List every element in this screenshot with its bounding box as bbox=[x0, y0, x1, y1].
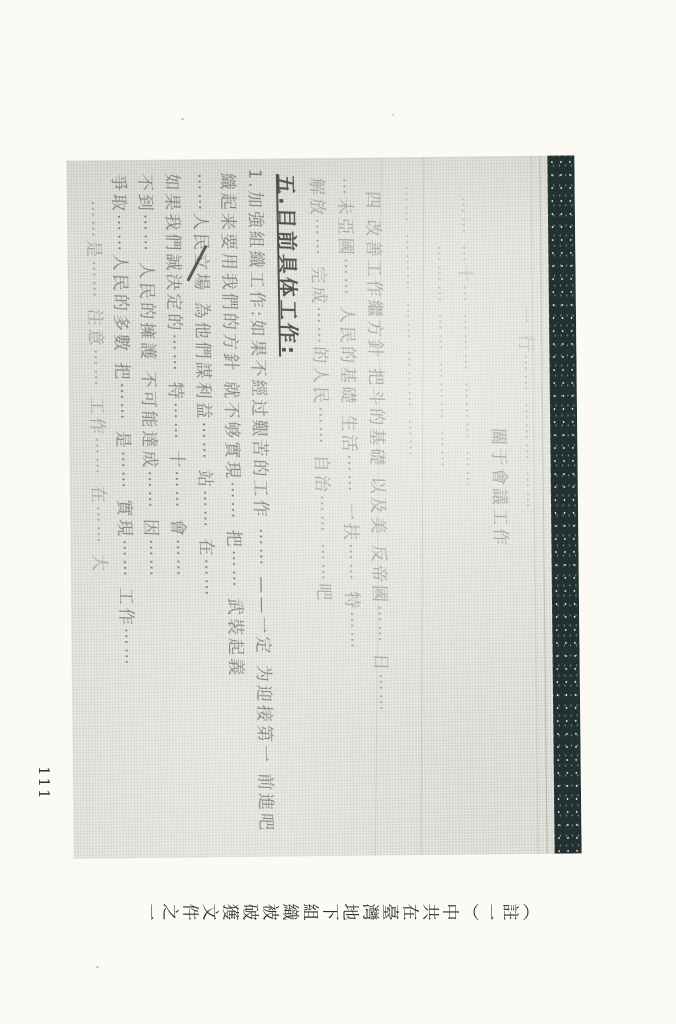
book-page: 111 一 行⋯⋯ ⋯⋯⋯ ⋯⋯關于會議工作⋯⋯ ⋯十⋯ ⋯⋯⋯ ⋯⋯⋯ ⋯⋯⋯… bbox=[0, 0, 676, 1024]
document-line: 一 行⋯⋯ ⋯⋯⋯ ⋯⋯ bbox=[514, 305, 543, 511]
document-line: 如果我們誠決定的⋯⋯ 特⋯⋯ 十⋯⋯ 會⋯⋯ bbox=[161, 173, 193, 579]
document-line: ⋯⋯⋯ ⋯⋯ ⋯⋯⋯ ⋯⋯ bbox=[428, 244, 452, 470]
document-line: ⋯⋯人民立場 為他們謀利益⋯⋯ 站⋯⋯ 在⋯⋯ bbox=[189, 173, 221, 599]
document-line: 解放⋯⋯ 完成⋯⋯的人民⋯⋯ 自治⋯⋯ ⋯⋯吧 bbox=[306, 178, 338, 604]
handwritten-document: 一 行⋯⋯ ⋯⋯⋯ ⋯⋯關于會議工作⋯⋯ ⋯十⋯ ⋯⋯⋯ ⋯⋯⋯ ⋯⋯⋯⋯⋯ ⋯… bbox=[66, 155, 581, 858]
paper-speck bbox=[392, 114, 394, 116]
paper-speck bbox=[96, 966, 99, 968]
page-number: 111 bbox=[33, 766, 53, 800]
document-line: ⋯⋯ ⋯⋯⋯ ⋯⋯ ⋯⋯⋯ ⋯⋯ bbox=[396, 185, 421, 459]
document-line: 關于會議工作 bbox=[488, 428, 515, 549]
document-line: ⋯⋯ ⋯十⋯ ⋯⋯⋯ ⋯⋯⋯ ⋯⋯ bbox=[453, 196, 483, 491]
document-line: 五.目前具体工作: bbox=[273, 174, 305, 358]
photo-caption: （註一）中共在臺灣地下組織被破獲文件之一 bbox=[128, 896, 540, 923]
document-line: 四 改善工作繼方針 把斗的基礎 以及美 反帝國⋯⋯ 日⋯⋯ bbox=[362, 191, 396, 714]
document-photograph: 一 行⋯⋯ ⋯⋯⋯ ⋯⋯關于會議工作⋯⋯ ⋯十⋯ ⋯⋯⋯ ⋯⋯⋯ ⋯⋯⋯⋯⋯ ⋯… bbox=[66, 155, 581, 858]
paper-speck bbox=[181, 118, 184, 120]
